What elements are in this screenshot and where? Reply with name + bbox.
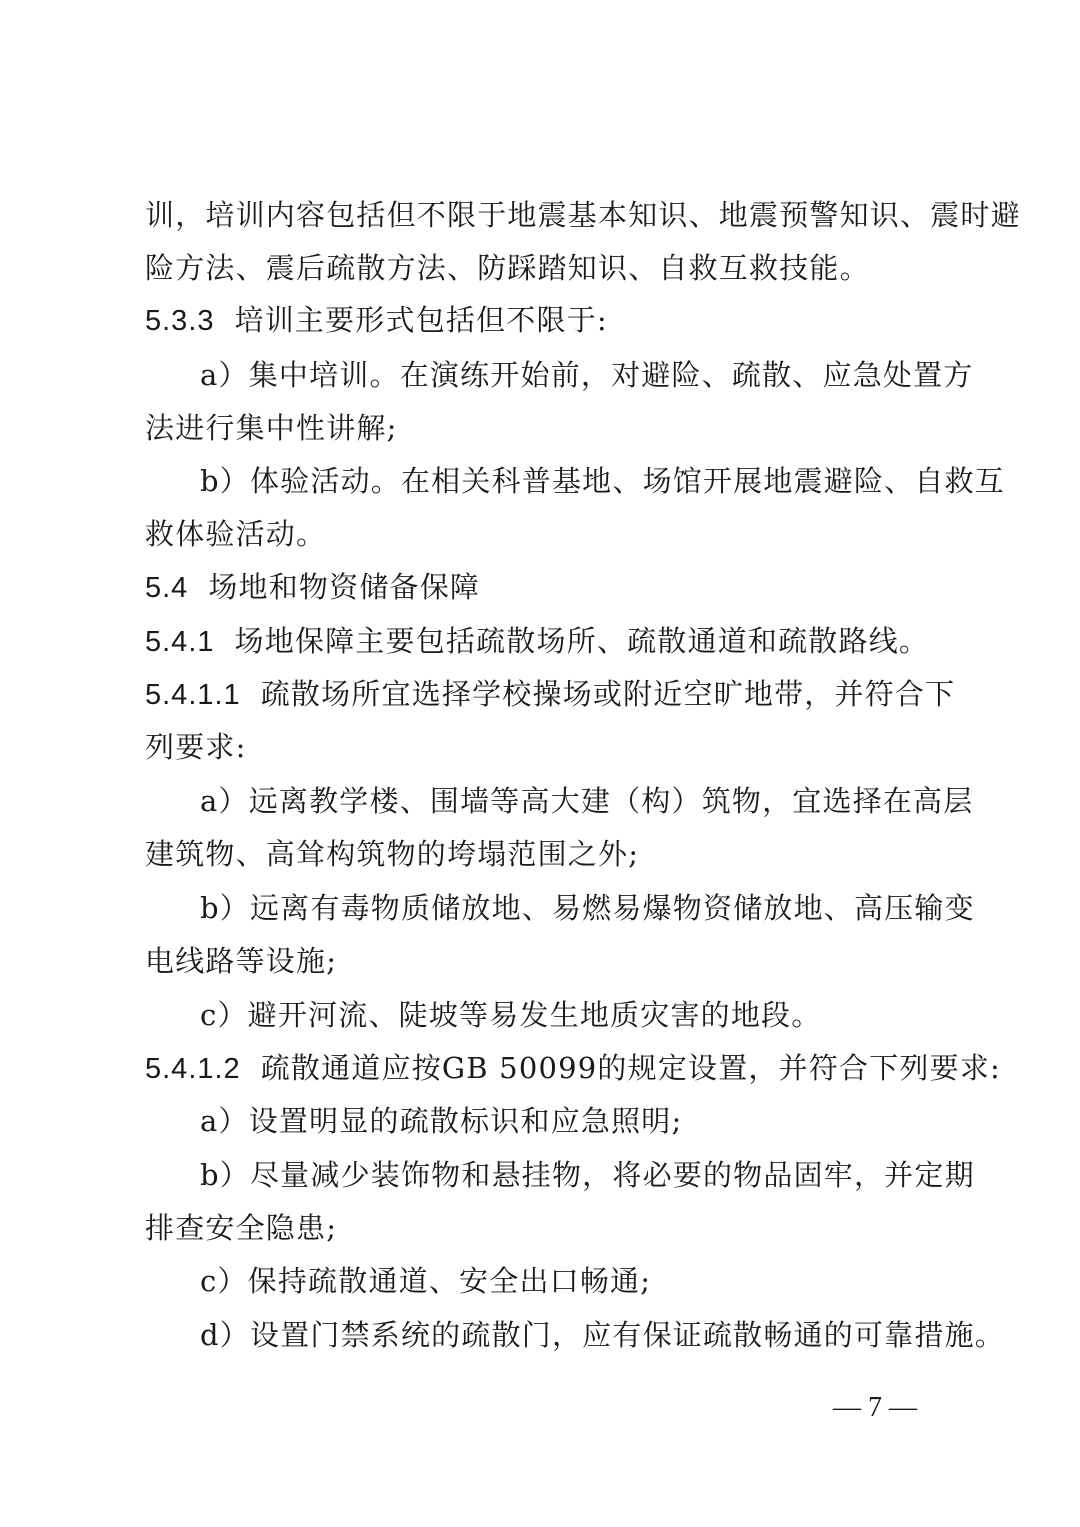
list-item-d: d）设置门禁系统的疏散门，应有保证疏散畅通的可靠措施。: [200, 1315, 950, 1355]
line-text: a）设置明显的疏散标识和应急照明;: [200, 1104, 682, 1138]
line-text: b）远离有毒物质储放地、易燃易爆物资储放地、高压输变: [200, 891, 975, 925]
clause-5-4-1-1: 5.4.1.1疏散场所宜选择学校操场或附近空旷地带，并符合下: [145, 674, 950, 714]
list-item-b: b）尽量减少装饰物和悬挂物，将必要的物品固牢，并定期: [200, 1155, 950, 1195]
paragraph-line: 列要求:: [145, 727, 950, 767]
clause-text: 疏散场所宜选择学校操场或附近空旷地带，并符合下: [261, 677, 956, 711]
list-item-a: a）集中培训。在演练开始前，对避险、疏散、应急处置方: [200, 355, 950, 395]
paragraph-line: 法进行集中性讲解;: [145, 408, 950, 448]
section-number: 5.4: [145, 568, 188, 608]
clause-number: 5.4.1.1: [145, 675, 241, 715]
list-item-c: c）保持疏散通道、安全出口畅通;: [200, 1261, 950, 1301]
paragraph-line: 建筑物、高耸构筑物的垮塌范围之外;: [145, 834, 950, 874]
line-text: 险方法、震后疏散方法、防踩踏知识、自救互救技能。: [145, 251, 870, 285]
clause-text: 场地保障主要包括疏散场所、疏散通道和疏散路线。: [235, 624, 930, 658]
line-text: 训，培训内容包括但不限于地震基本知识、地震预警知识、震时避: [145, 198, 1021, 232]
line-text: 电线路等设施;: [145, 944, 337, 978]
line-text: c）保持疏散通道、安全出口畅通;: [200, 1264, 651, 1298]
clause-number: 5.4.1.2: [145, 1049, 241, 1089]
clause-number: 5.4.1: [145, 622, 215, 662]
section-5-4-heading: 5.4场地和物资储备保障: [145, 567, 950, 607]
line-text: a）远离教学楼、围墙等高大建（构）筑物，宜选择在高层: [200, 784, 974, 818]
line-text: b）尽量减少装饰物和悬挂物，将必要的物品固牢，并定期: [200, 1158, 975, 1192]
line-text: 法进行集中性讲解;: [145, 411, 398, 445]
paragraph-line: 训，培训内容包括但不限于地震基本知识、地震预警知识、震时避: [145, 195, 950, 235]
paragraph-line: 险方法、震后疏散方法、防踩踏知识、自救互救技能。: [145, 248, 950, 288]
line-text: 建筑物、高耸构筑物的垮塌范围之外;: [145, 837, 639, 871]
list-item-a: a）设置明显的疏散标识和应急照明;: [200, 1101, 950, 1141]
line-text: b）体验活动。在相关科普基地、场馆开展地震避险、自救互: [200, 464, 1005, 498]
line-text: c）避开河流、陡坡等易发生地质灾害的地段。: [200, 998, 821, 1032]
page-number: — 7 —: [820, 1388, 930, 1428]
line-text: d）设置门禁系统的疏散门，应有保证疏散畅通的可靠措施。: [200, 1318, 1005, 1352]
line-text: 列要求:: [145, 730, 247, 764]
line-text: 救体验活动。: [145, 517, 326, 551]
document-page: 训，培训内容包括但不限于地震基本知识、地震预警知识、震时避 险方法、震后疏散方法…: [0, 0, 1080, 1527]
list-item-c: c）避开河流、陡坡等易发生地质灾害的地段。: [200, 995, 950, 1035]
list-item-a: a）远离教学楼、围墙等高大建（构）筑物，宜选择在高层: [200, 781, 950, 821]
clause-number: 5.3.3: [145, 301, 215, 341]
line-text: 排查安全隐患;: [145, 1211, 337, 1245]
list-item-b: b）体验活动。在相关科普基地、场馆开展地震避险、自救互: [200, 461, 950, 501]
paragraph-line: 电线路等设施;: [145, 941, 950, 981]
list-item-b: b）远离有毒物质储放地、易燃易爆物资储放地、高压输变: [200, 888, 950, 928]
clause-text: 疏散通道应按GB 50099的规定设置，并符合下列要求:: [261, 1051, 1001, 1085]
clause-text: 培训主要形式包括但不限于:: [235, 303, 608, 337]
section-title: 场地和物资储备保障: [208, 570, 480, 604]
paragraph-line: 救体验活动。: [145, 514, 950, 554]
clause-5-4-1: 5.4.1场地保障主要包括疏散场所、疏散通道和疏散路线。: [145, 621, 950, 661]
paragraph-line: 排查安全隐患;: [145, 1208, 950, 1248]
clause-5-4-1-2: 5.4.1.2疏散通道应按GB 50099的规定设置，并符合下列要求:: [145, 1048, 950, 1088]
line-text: a）集中培训。在演练开始前，对避险、疏散、应急处置方: [200, 358, 974, 392]
clause-5-3-3: 5.3.3培训主要形式包括但不限于:: [145, 300, 950, 340]
